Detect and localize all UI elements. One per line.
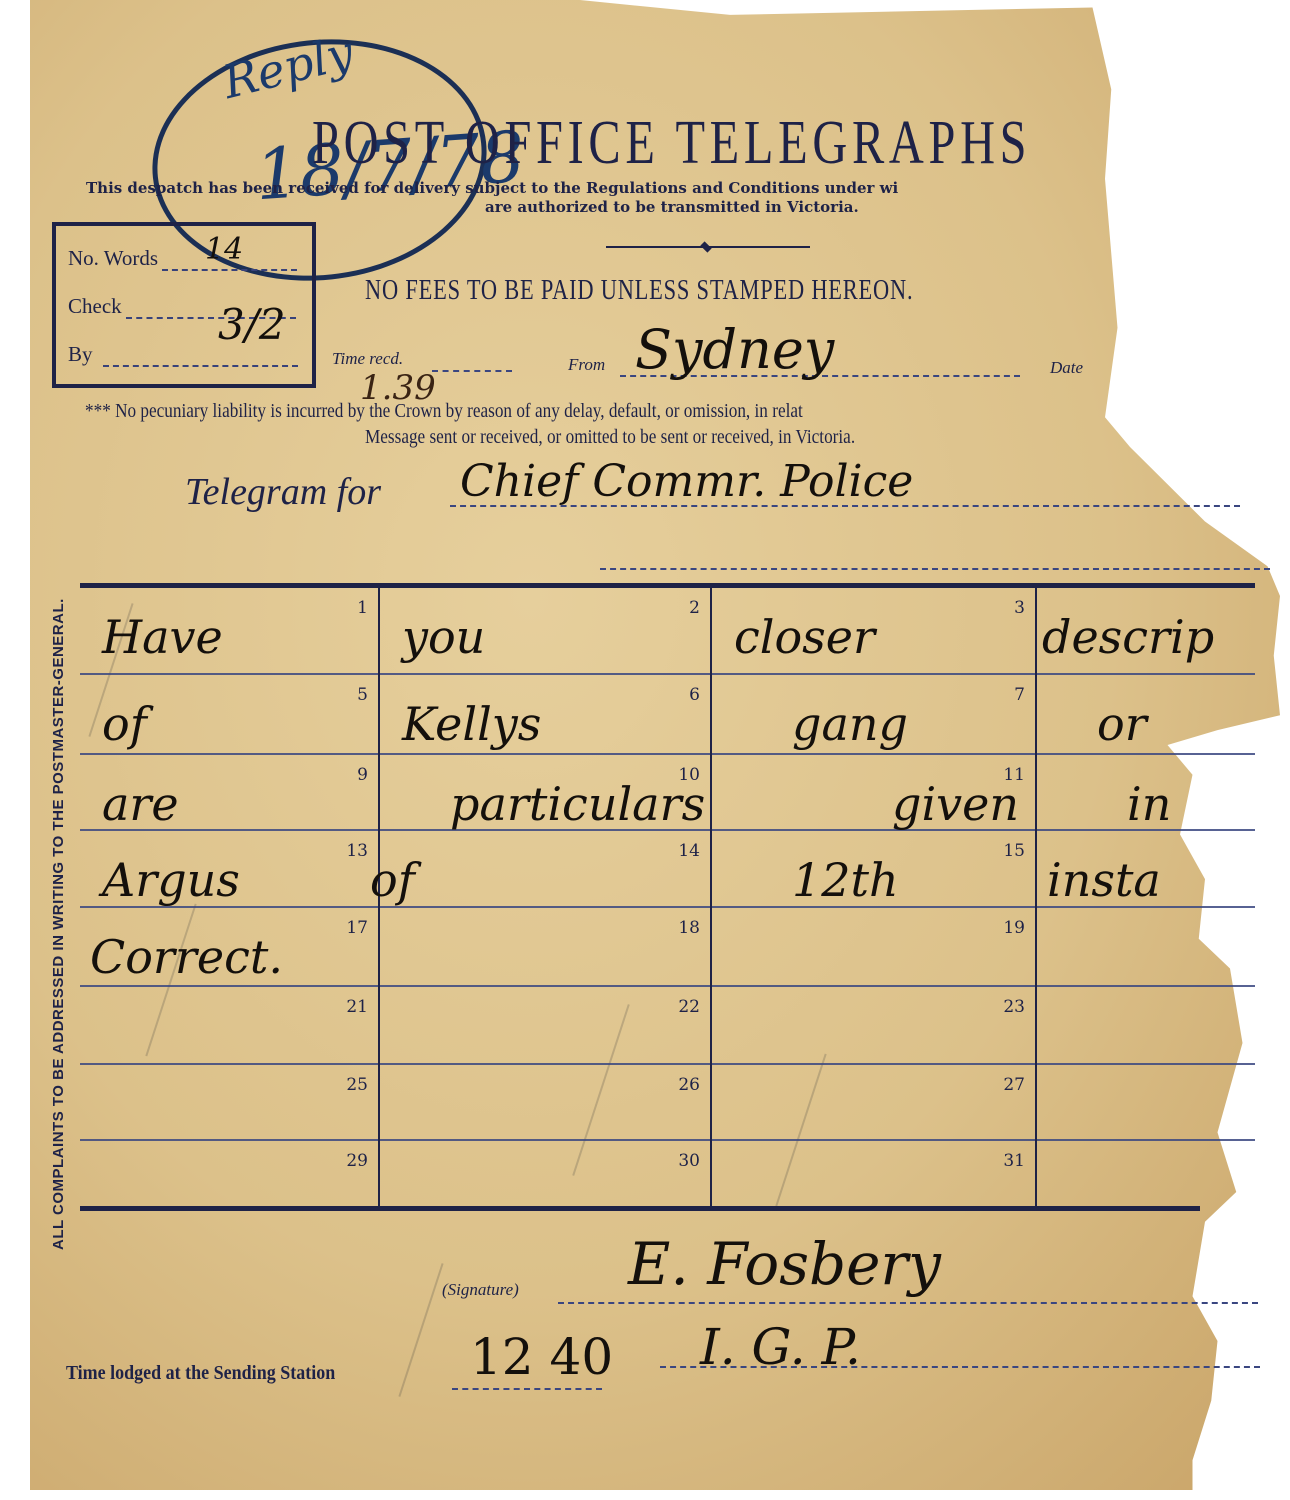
time-lodged-label: Time lodged at the Sending Station: [66, 1362, 335, 1385]
complaints-side-notice: ALL COMPLAINTS TO BE ADDRESSED IN WRITIN…: [50, 550, 67, 1250]
grid-cell: descrip: [1037, 588, 1257, 668]
message-word: particulars: [450, 777, 705, 831]
check-value: 3/2: [218, 300, 286, 349]
divider-ornament: [606, 246, 810, 248]
message-word: Have: [102, 610, 223, 664]
grid-cell: 7gang: [712, 675, 1035, 755]
message-word: closer: [734, 610, 875, 664]
message-word: of: [370, 853, 415, 907]
from-label: From: [568, 355, 605, 375]
grid-cell: 26: [380, 1065, 710, 1145]
time-lodged-value: 12 40: [470, 1328, 613, 1386]
liability-line-2: Message sent or received, or omitted to …: [365, 426, 855, 449]
grid-cell: 23: [712, 987, 1035, 1067]
grid-cell: 31: [712, 1141, 1035, 1221]
no-words-label: No. Words: [68, 246, 158, 271]
no-fees-notice: NO FEES TO BE PAID UNLESS STAMPED HEREON…: [365, 275, 913, 307]
message-word: Correct.: [90, 930, 283, 984]
time-received-label: Time recd.: [332, 349, 403, 369]
grid-cell: 29: [80, 1141, 378, 1221]
signature-value: E. Fosbery: [628, 1230, 941, 1298]
message-word: 12th: [792, 853, 899, 907]
signature-label: (Signature): [442, 1280, 519, 1300]
message-word: descrip: [1042, 610, 1214, 664]
grid-cell: 9are: [80, 755, 378, 835]
date-label: Date: [1050, 358, 1083, 378]
grid-cell: 13Argus: [80, 831, 378, 911]
grid-cell: 18: [380, 908, 710, 988]
grid-cell: 22: [380, 987, 710, 1067]
grid-cell: 3closer: [712, 588, 1035, 668]
page-title: POST OFFICE TELEGRAPHS: [312, 108, 1031, 179]
grid-cell: 14of: [380, 831, 710, 911]
grid-cell: 27: [712, 1065, 1035, 1145]
message-word: insta: [1047, 853, 1161, 907]
message-word: gang: [792, 697, 908, 751]
message-word: you: [402, 610, 485, 664]
message-word: are: [102, 777, 179, 831]
grid-cell: 5of: [80, 675, 378, 755]
message-grid: 1Have 2you 3closer descrip 5of 6Kellys 7…: [80, 583, 1255, 1211]
message-word: or: [1097, 697, 1147, 751]
grid-cell: in: [1037, 755, 1257, 835]
regulation-line-2: are authorized to be transmitted in Vict…: [485, 198, 859, 216]
grid-cell: insta: [1037, 831, 1257, 911]
grid-cell: 1512th: [712, 831, 1035, 911]
no-words-row: No. Words: [68, 246, 297, 271]
grid-cell: 10particulars: [380, 755, 710, 835]
liability-line-1: *** No pecuniary liability is incurred b…: [85, 400, 803, 423]
message-word: in: [1127, 777, 1171, 831]
grid-cell: 2you: [380, 588, 710, 668]
grid-cell: 17Correct.: [80, 908, 378, 988]
telegram-for-label: Telegram for: [185, 470, 381, 514]
grid-cell: or: [1037, 675, 1257, 755]
grid-cell: 6Kellys: [380, 675, 710, 755]
grid-cell: 30: [380, 1141, 710, 1221]
message-word: Argus: [102, 853, 240, 907]
from-value: Sydney: [635, 318, 834, 381]
grid-cell: 1Have: [80, 588, 378, 668]
regulation-line-1: This despatch has been received for deli…: [86, 179, 898, 197]
check-label: Check: [68, 294, 122, 319]
no-words-value: 14: [205, 232, 243, 267]
grid-cell: 11given: [712, 755, 1035, 835]
grid-cell: 21: [80, 987, 378, 1067]
message-word: of: [102, 697, 147, 751]
grid-cell: 19: [712, 908, 1035, 988]
grid-cell: 25: [80, 1065, 378, 1145]
by-label: By: [68, 342, 93, 367]
message-word: Kellys: [402, 697, 541, 751]
recipient-value: Chief Commr. Police: [460, 456, 913, 507]
message-word: given: [892, 777, 1019, 831]
